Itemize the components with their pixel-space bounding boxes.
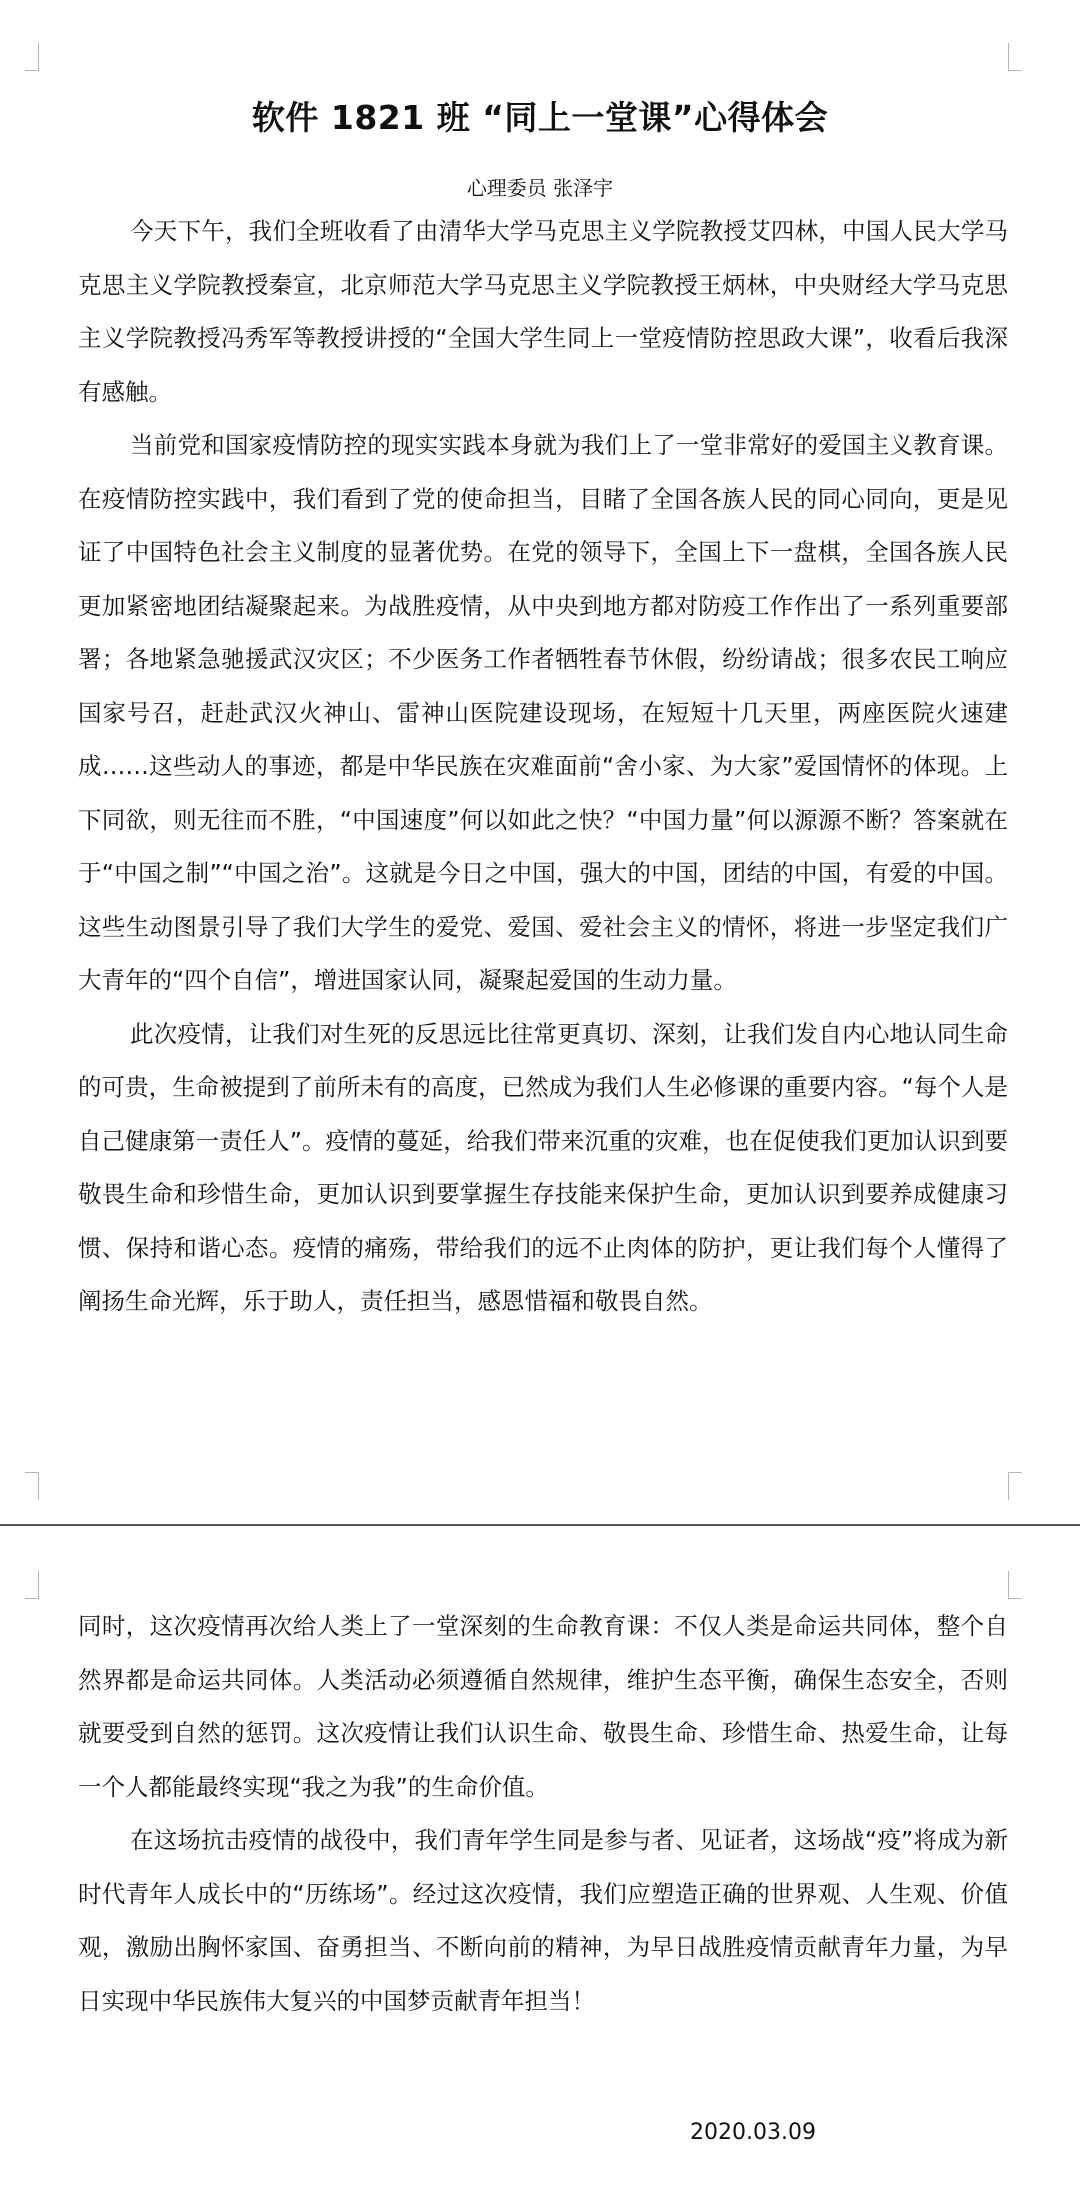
page2-top-right-margin-mark	[1008, 1571, 1022, 1599]
document-author: 心理委员 张泽宇	[0, 172, 1080, 201]
paragraph-4: 同时，这次疫情再次给人类上了一堂深刻的生命教育课：不仅人类是命运共同体，整个自然…	[78, 1600, 1008, 1814]
page1-top-right-margin-mark	[1008, 43, 1022, 71]
page1-top-left-margin-mark	[25, 43, 39, 71]
document-title: 软件 1821 班 “同上一堂课”心得体会	[0, 92, 1080, 139]
page1-body: 今天下午，我们全班收看了由清华大学马克思主义学院教授艾四林，中国人民大学马克思主…	[78, 205, 1008, 1329]
page-break-divider	[0, 1524, 1080, 1526]
page1-bottom-left-margin-mark	[25, 1472, 39, 1500]
paragraph-3: 此次疫情，让我们对生死的反思远比往常更真切、深刻，让我们发自内心地认同生命的可贵…	[78, 1008, 1008, 1329]
paragraph-5: 在这场抗击疫情的战役中，我们青年学生同是参与者、见证者，这场战“疫”将成为新时代…	[78, 1814, 1008, 2028]
page2-top-left-margin-mark	[25, 1571, 39, 1599]
page2-body: 同时，这次疫情再次给人类上了一堂深刻的生命教育课：不仅人类是命运共同体，整个自然…	[78, 1600, 1008, 2028]
document-date: 2020.03.09	[690, 2120, 816, 2145]
paragraph-2: 当前党和国家疫情防控的现实实践本身就为我们上了一堂非常好的爱国主义教育课。在疫情…	[78, 419, 1008, 1008]
page1-bottom-right-margin-mark	[1008, 1472, 1022, 1500]
paragraph-1: 今天下午，我们全班收看了由清华大学马克思主义学院教授艾四林，中国人民大学马克思主…	[78, 205, 1008, 419]
